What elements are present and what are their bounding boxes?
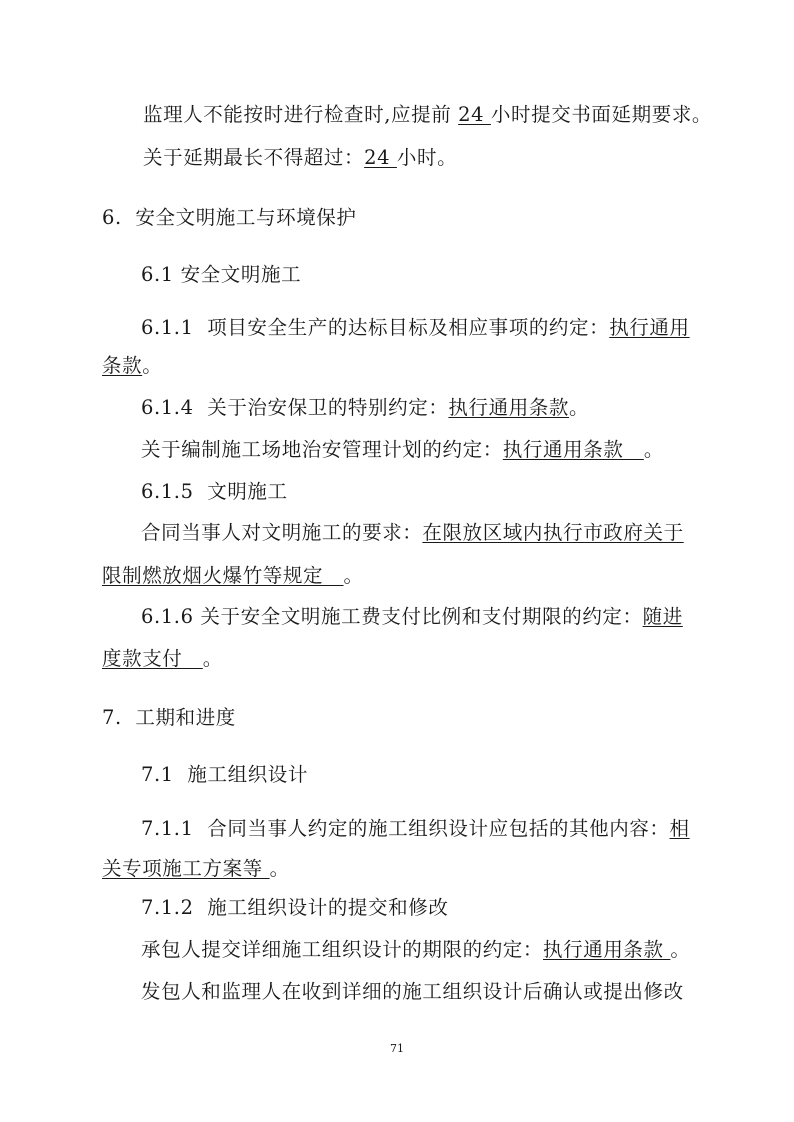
text-span: 合同当事人对文明施工的要求：	[141, 521, 422, 544]
text-span: 关于编制施工场地治安管理计划的约定：	[141, 438, 503, 461]
filled-value: 度款支付	[102, 647, 203, 670]
text-span: 6.1.4 关于治安保卫的特别约定：	[141, 396, 448, 419]
text-line: 7.1 施工组织设计	[141, 762, 308, 788]
filled-value: 随进	[643, 605, 683, 628]
filled-value: 条款	[102, 354, 142, 377]
text-span: 。	[270, 857, 290, 880]
filled-value: 执行通用条款	[503, 438, 644, 461]
text-span: 6. 安全文明施工与环境保护	[102, 206, 357, 229]
filled-value: 在限放区域内执行市政府关于	[422, 521, 683, 544]
text-span: 小时。	[397, 146, 457, 169]
text-line: 监理人不能按时进行检查时,应提前 24 小时提交书面延期要求。	[143, 102, 712, 128]
text-span: 。	[203, 647, 223, 670]
text-line: 关于编制施工场地治安管理计划的约定：执行通用条款 。	[141, 437, 664, 463]
text-span: 7.1 施工组织设计	[141, 763, 308, 786]
text-span: 关于延期最长不得超过：	[143, 146, 364, 169]
text-span: 6.1.6 关于安全文明施工费支付比例和支付期限的约定：	[141, 605, 643, 628]
text-line: 7.1.1 合同当事人约定的施工组织设计应包括的其他内容：相	[141, 816, 690, 842]
text-line: 6.1.5 文明施工	[141, 479, 288, 505]
filled-value: 限制燃放烟火爆竹等规定	[102, 564, 344, 587]
text-line: 6.1.4 关于治安保卫的特别约定：执行通用条款。	[141, 395, 589, 421]
text-line: 7.1.2 施工组织设计的提交和修改	[141, 895, 448, 921]
text-line: 发包人和监理人在收到详细的施工组织设计后确认或提出修改	[141, 979, 684, 1005]
text-span: 发包人和监理人在收到详细的施工组织设计后确认或提出修改	[141, 980, 684, 1003]
filled-value: 关专项施工方案等	[102, 857, 270, 880]
text-line: 6.1.1 项目安全生产的达标目标及相应事项的约定：执行通用	[141, 315, 690, 341]
text-span: 承包人提交详细施工组织设计的期限的约定：	[141, 938, 543, 961]
text-line: 限制燃放烟火爆竹等规定 。	[102, 563, 364, 589]
text-span: 7. 工期和进度	[102, 706, 236, 729]
page-number: 71	[0, 1042, 794, 1055]
filled-value: 执行通用	[609, 316, 689, 339]
text-span: 。	[644, 438, 664, 461]
text-span: 。	[569, 396, 589, 419]
text-span: 6.1.1 项目安全生产的达标目标及相应事项的约定：	[141, 316, 609, 339]
text-line: 承包人提交详细施工组织设计的期限的约定：执行通用条款 。	[141, 937, 691, 963]
filled-value: 24	[364, 146, 397, 169]
text-span: 。	[142, 354, 162, 377]
text-line: 7. 工期和进度	[102, 705, 236, 731]
text-line: 条款。	[102, 353, 162, 379]
filled-value: 执行通用条款	[448, 396, 569, 419]
text-line: 关专项施工方案等 。	[102, 856, 290, 882]
filled-value: 执行通用条款	[543, 938, 670, 961]
text-span: 7.1.1 合同当事人约定的施工组织设计应包括的其他内容：	[141, 817, 670, 840]
text-line: 6.1.6 关于安全文明施工费支付比例和支付期限的约定：随进	[141, 604, 683, 630]
text-line: 关于延期最长不得超过：24 小时。	[143, 145, 457, 171]
text-span: 小时提交书面延期要求。	[491, 103, 712, 126]
text-line: 合同当事人对文明施工的要求：在限放区域内执行市政府关于	[141, 520, 684, 546]
text-line: 6.1 安全文明施工	[141, 262, 301, 288]
text-span: 监理人不能按时进行检查时,应提前	[143, 103, 458, 126]
filled-value: 相	[670, 817, 690, 840]
filled-value: 24	[458, 103, 491, 126]
text-line: 度款支付 。	[102, 646, 223, 672]
text-span: 7.1.2 施工组织设计的提交和修改	[141, 896, 448, 919]
text-line: 6. 安全文明施工与环境保护	[102, 205, 357, 231]
text-span: 。	[344, 564, 364, 587]
text-span: 6.1.5 文明施工	[141, 480, 288, 503]
text-span: 。	[670, 938, 690, 961]
text-span: 6.1 安全文明施工	[141, 263, 301, 286]
